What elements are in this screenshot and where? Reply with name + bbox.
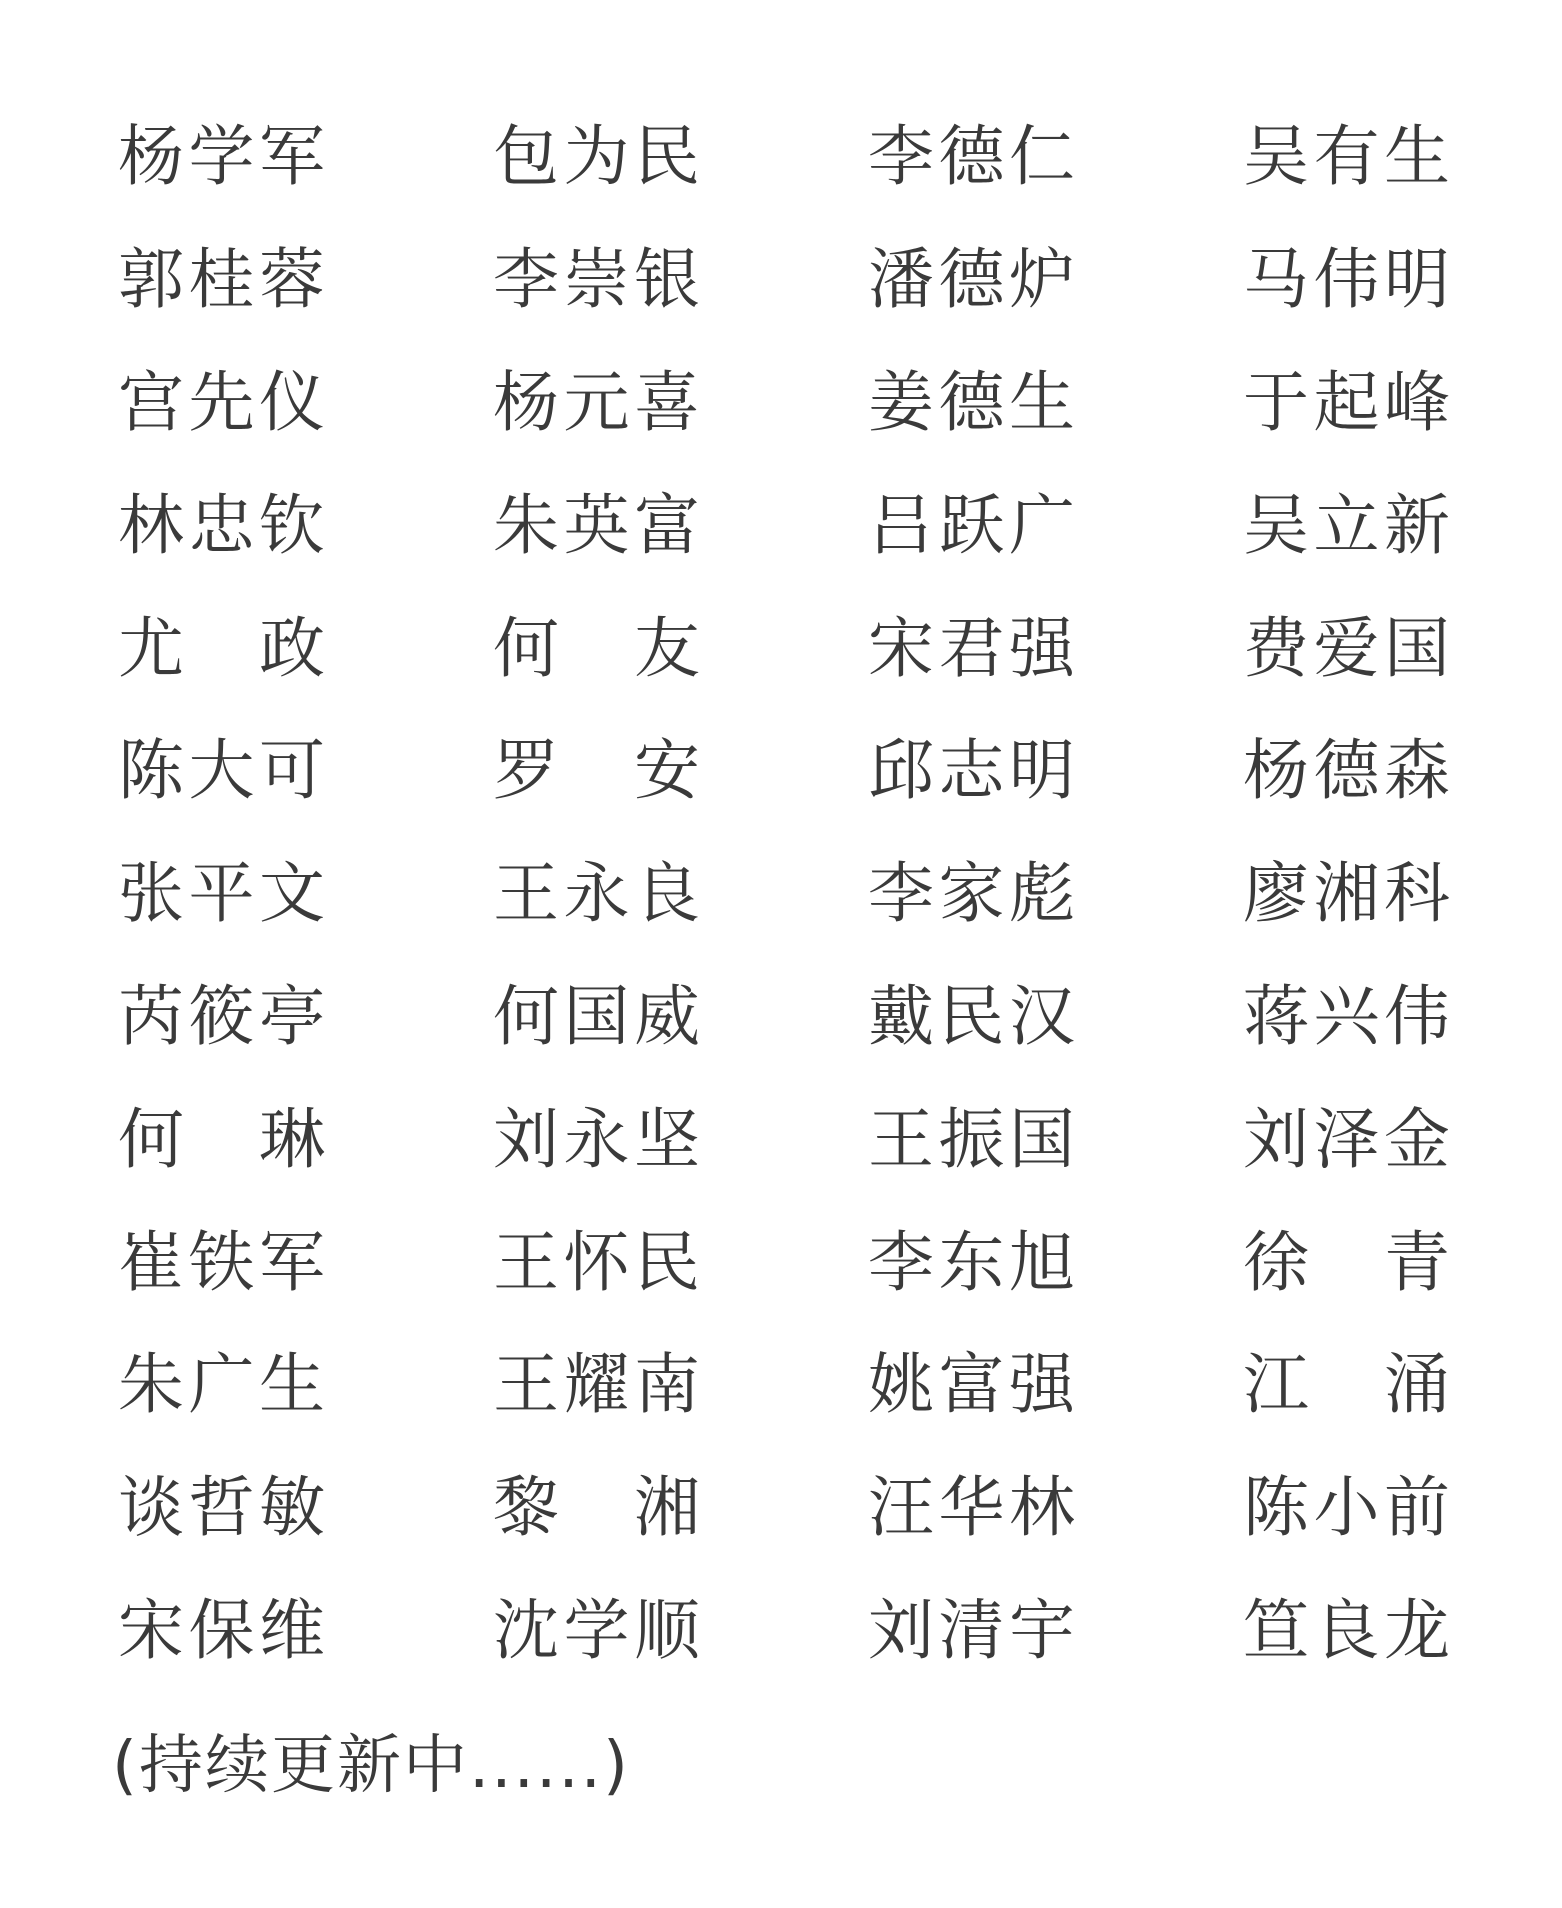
name-character: 永 <box>562 1102 632 1178</box>
name-character: 文 <box>257 856 327 932</box>
name-character: 科 <box>1382 856 1452 932</box>
name-character: 芮 <box>116 979 186 1055</box>
name-character: 何 <box>491 611 561 687</box>
name-entry: 廖湘科 <box>1241 856 1452 932</box>
name-character: 涌 <box>1382 1347 1452 1423</box>
name-character: 仪 <box>257 365 327 441</box>
name-character: 朱 <box>491 488 561 564</box>
name-character: 小 <box>1312 1470 1382 1546</box>
name-character: 平 <box>187 856 257 932</box>
name-character: 广 <box>187 1347 257 1423</box>
name-character: 维 <box>257 1593 327 1669</box>
name-entry: 宫先仪 <box>116 365 327 441</box>
name-character: 永 <box>562 856 632 932</box>
name-character: 青 <box>1382 1225 1452 1301</box>
name-character: 崇 <box>562 242 632 318</box>
name-character: 清 <box>937 1593 1007 1669</box>
name-character: 林 <box>116 488 186 564</box>
name-character: 刘 <box>866 1593 936 1669</box>
name-character: 陈 <box>116 733 186 809</box>
name-character: 起 <box>1312 365 1382 441</box>
name-character: 英 <box>562 488 632 564</box>
name-entry: 戴民汉 <box>866 979 1077 1055</box>
name-entry: 杨德森 <box>1241 733 1452 809</box>
name-character: 君 <box>937 611 1007 687</box>
name-character: 笪 <box>1241 1593 1311 1669</box>
name-character: 家 <box>937 856 1007 932</box>
name-character: 生 <box>1382 119 1452 195</box>
name-character: 泽 <box>1312 1102 1382 1178</box>
name-character: 宇 <box>1007 1593 1077 1669</box>
name-character: 陈 <box>1241 1470 1311 1546</box>
name-character: 友 <box>632 611 702 687</box>
name-character: 李 <box>866 1225 936 1301</box>
name-character: 政 <box>257 611 327 687</box>
name-character: 朱 <box>116 1347 186 1423</box>
name-character: 耀 <box>562 1347 632 1423</box>
name-character: 为 <box>562 119 632 195</box>
name-entry: 姚富强 <box>866 1347 1077 1423</box>
name-character: 森 <box>1382 733 1452 809</box>
name-character: 生 <box>257 1347 327 1423</box>
name-character: 生 <box>1007 365 1077 441</box>
name-entry: 何国威 <box>491 979 702 1055</box>
name-character: 亭 <box>257 979 327 1055</box>
name-entry: 宋君强 <box>866 611 1077 687</box>
name-character: 敏 <box>257 1470 327 1546</box>
name-character: 顺 <box>632 1593 702 1669</box>
name-character: 吴 <box>1241 488 1311 564</box>
name-entry: 杨学军 <box>116 119 327 195</box>
name-entry: 潘德炉 <box>866 242 1077 318</box>
name-character: 蒋 <box>1241 979 1311 1055</box>
name-character: 谈 <box>116 1470 186 1546</box>
name-entry: 李家彪 <box>866 856 1077 932</box>
name-entry: 吴立新 <box>1241 488 1452 564</box>
name-character: 兴 <box>1312 979 1382 1055</box>
name-entry: 郭桂蓉 <box>116 242 327 318</box>
name-character: 桂 <box>187 242 257 318</box>
name-entry: 于起峰 <box>1241 365 1452 441</box>
name-character: 炉 <box>1007 242 1077 318</box>
name-character: 德 <box>937 242 1007 318</box>
name-character: 保 <box>187 1593 257 1669</box>
name-character: 威 <box>632 979 702 1055</box>
name-character: 志 <box>937 733 1007 809</box>
name-character: 伟 <box>1312 242 1382 318</box>
name-character: 杨 <box>1241 733 1311 809</box>
name-entry: 李崇银 <box>491 242 702 318</box>
name-entry: 何琳 <box>116 1102 327 1178</box>
name-character: 大 <box>187 733 257 809</box>
name-entry: 刘清宇 <box>866 1593 1077 1669</box>
name-character: 姚 <box>866 1347 936 1423</box>
name-character: 龙 <box>1382 1593 1452 1669</box>
name-character: 良 <box>1312 1593 1382 1669</box>
name-character: 德 <box>1312 733 1382 809</box>
name-character: 忠 <box>187 488 257 564</box>
name-character: 学 <box>187 119 257 195</box>
name-entry: 马伟明 <box>1241 242 1452 318</box>
name-character: 民 <box>632 119 702 195</box>
name-character: 戴 <box>866 979 936 1055</box>
name-character: 可 <box>257 733 327 809</box>
name-character: 黎 <box>491 1470 561 1546</box>
name-entry: 笪良龙 <box>1241 1593 1452 1669</box>
name-character: 尤 <box>116 611 186 687</box>
name-character: 湘 <box>1312 856 1382 932</box>
name-character: 马 <box>1241 242 1311 318</box>
name-entry: 何友 <box>491 611 702 687</box>
name-character: 沈 <box>491 1593 561 1669</box>
name-character: 仁 <box>1007 119 1077 195</box>
name-character: 伟 <box>1382 979 1452 1055</box>
name-entry: 宋保维 <box>116 1593 327 1669</box>
name-character: 南 <box>632 1347 702 1423</box>
name-entry: 谈哲敏 <box>116 1470 327 1546</box>
name-character: 王 <box>866 1102 936 1178</box>
name-entry: 刘永坚 <box>491 1102 702 1178</box>
name-entry: 吴有生 <box>1241 119 1452 195</box>
name-character: 琳 <box>257 1102 327 1178</box>
name-character: 爱 <box>1312 611 1382 687</box>
name-character: 徐 <box>1241 1225 1311 1301</box>
name-entry: 汪华林 <box>866 1470 1077 1546</box>
name-character: 振 <box>937 1102 1007 1178</box>
name-character: 立 <box>1312 488 1382 564</box>
name-character: 有 <box>1312 119 1382 195</box>
name-character: 吴 <box>1241 119 1311 195</box>
name-character: 安 <box>632 733 702 809</box>
name-entry: 费爱国 <box>1241 611 1452 687</box>
name-character: 富 <box>937 1347 1007 1423</box>
name-entry: 尤政 <box>116 611 327 687</box>
name-character: 吕 <box>866 488 936 564</box>
name-character: 刘 <box>491 1102 561 1178</box>
name-character: 先 <box>187 365 257 441</box>
name-character: 军 <box>257 1225 327 1301</box>
name-entry: 黎湘 <box>491 1470 702 1546</box>
name-entry: 杨元喜 <box>491 365 702 441</box>
name-character: 钦 <box>257 488 327 564</box>
name-character: 何 <box>491 979 561 1055</box>
name-character: 宫 <box>116 365 186 441</box>
name-character: 湘 <box>632 1470 702 1546</box>
name-entry: 陈大可 <box>116 733 327 809</box>
name-character: 民 <box>632 1225 702 1301</box>
name-character: 强 <box>1007 611 1077 687</box>
name-character: 杨 <box>116 119 186 195</box>
name-character: 明 <box>1007 733 1077 809</box>
name-character: 坚 <box>632 1102 702 1178</box>
name-character: 李 <box>491 242 561 318</box>
name-character: 王 <box>491 856 561 932</box>
name-character: 强 <box>1007 1347 1077 1423</box>
name-entry: 蒋兴伟 <box>1241 979 1452 1055</box>
name-character: 前 <box>1382 1470 1452 1546</box>
name-character: 汉 <box>1007 979 1077 1055</box>
name-character: 峰 <box>1382 365 1452 441</box>
name-character: 刘 <box>1241 1102 1311 1178</box>
name-character: 德 <box>937 119 1007 195</box>
name-character: 蓉 <box>257 242 327 318</box>
name-character: 崔 <box>116 1225 186 1301</box>
name-character: 广 <box>1007 488 1077 564</box>
name-character: 怀 <box>562 1225 632 1301</box>
name-character: 哲 <box>187 1470 257 1546</box>
name-character: 彪 <box>1007 856 1077 932</box>
name-entry: 崔铁军 <box>116 1225 327 1301</box>
name-character: 李 <box>866 856 936 932</box>
name-character: 富 <box>632 488 702 564</box>
name-entry: 陈小前 <box>1241 1470 1452 1546</box>
name-entry: 包为民 <box>491 119 702 195</box>
name-character: 汪 <box>866 1470 936 1546</box>
name-entry: 邱志明 <box>866 733 1077 809</box>
name-character: 银 <box>632 242 702 318</box>
name-character: 明 <box>1382 242 1452 318</box>
name-entry: 王怀民 <box>491 1225 702 1301</box>
name-entry: 刘泽金 <box>1241 1102 1452 1178</box>
name-character: 罗 <box>491 733 561 809</box>
name-character: 林 <box>1007 1470 1077 1546</box>
name-character: 包 <box>491 119 561 195</box>
name-character: 喜 <box>632 365 702 441</box>
name-character: 张 <box>116 856 186 932</box>
name-character: 王 <box>491 1347 561 1423</box>
name-entry: 王振国 <box>866 1102 1077 1178</box>
name-entry: 张平文 <box>116 856 327 932</box>
name-character: 筱 <box>187 979 257 1055</box>
name-character: 王 <box>491 1225 561 1301</box>
name-character: 郭 <box>116 242 186 318</box>
name-character: 华 <box>937 1470 1007 1546</box>
name-entry: 王耀南 <box>491 1347 702 1423</box>
name-entry: 林忠钦 <box>116 488 327 564</box>
name-character: 铁 <box>187 1225 257 1301</box>
name-character: 李 <box>866 119 936 195</box>
name-character: 于 <box>1241 365 1311 441</box>
name-entry: 姜德生 <box>866 365 1077 441</box>
name-entry: 徐青 <box>1241 1225 1452 1301</box>
name-character: 东 <box>937 1225 1007 1301</box>
name-entry: 李德仁 <box>866 119 1077 195</box>
update-status-note: (持续更新中......) <box>112 1726 630 1806</box>
name-character: 金 <box>1382 1102 1452 1178</box>
name-character: 宋 <box>866 611 936 687</box>
name-character: 新 <box>1382 488 1452 564</box>
name-entry: 芮筱亭 <box>116 979 327 1055</box>
name-character: 学 <box>562 1593 632 1669</box>
name-entry: 吕跃广 <box>866 488 1077 564</box>
name-character: 国 <box>1007 1102 1077 1178</box>
name-entry: 罗安 <box>491 733 702 809</box>
name-character: 民 <box>937 979 1007 1055</box>
name-character: 姜 <box>866 365 936 441</box>
name-character: 宋 <box>116 1593 186 1669</box>
name-entry: 沈学顺 <box>491 1593 702 1669</box>
name-character: 费 <box>1241 611 1311 687</box>
name-entry: 李东旭 <box>866 1225 1077 1301</box>
name-character: 国 <box>562 979 632 1055</box>
name-entry: 江涌 <box>1241 1347 1452 1423</box>
name-character: 江 <box>1241 1347 1311 1423</box>
name-character: 良 <box>632 856 702 932</box>
name-character: 廖 <box>1241 856 1311 932</box>
name-character: 跃 <box>937 488 1007 564</box>
name-list-grid: 杨学军包为民李德仁吴有生郭桂蓉李崇银潘德炉马伟明宫先仪杨元喜姜德生于起峰林忠钦朱… <box>116 96 1456 1692</box>
name-entry: 朱英富 <box>491 488 702 564</box>
name-entry: 朱广生 <box>116 1347 327 1423</box>
name-character: 潘 <box>866 242 936 318</box>
name-character: 国 <box>1382 611 1452 687</box>
name-character: 德 <box>937 365 1007 441</box>
name-character: 邱 <box>866 733 936 809</box>
name-entry: 王永良 <box>491 856 702 932</box>
name-character: 何 <box>116 1102 186 1178</box>
name-character: 杨 <box>491 365 561 441</box>
name-character: 元 <box>562 365 632 441</box>
name-character: 军 <box>257 119 327 195</box>
name-character: 旭 <box>1007 1225 1077 1301</box>
